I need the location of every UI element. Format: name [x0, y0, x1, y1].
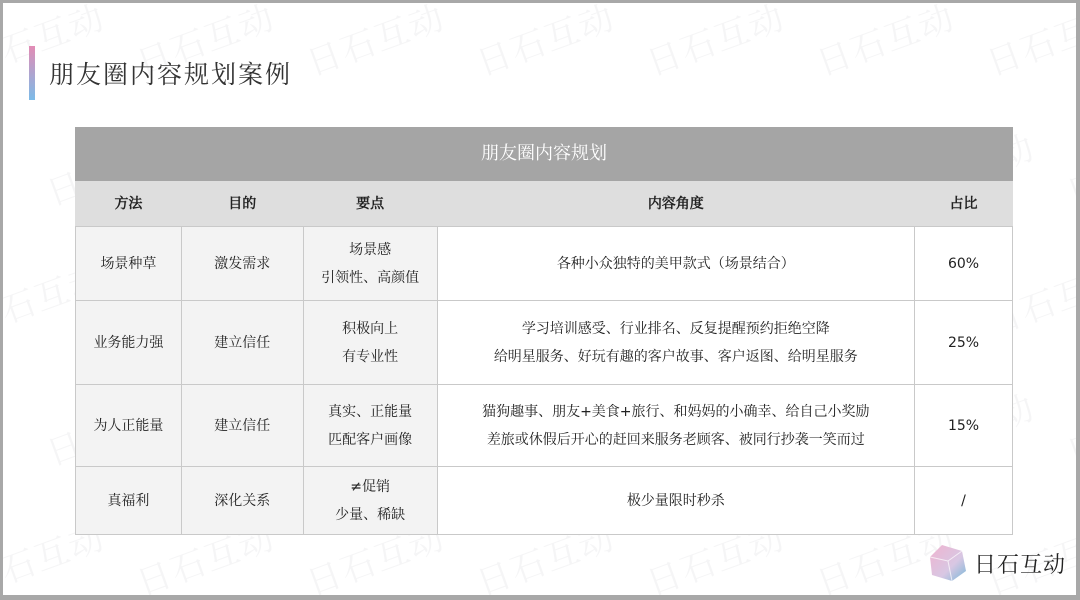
header-angles: 内容角度 — [437, 181, 914, 227]
watermark-text: 日石互动 — [1059, 120, 1076, 215]
header-ratio: 占比 — [915, 181, 1013, 227]
watermark-text: 日石互动 — [979, 3, 1076, 85]
angle-line: 各种小众独特的美甲款式（场景结合） — [439, 250, 913, 278]
cell-angles: 猫狗趣事、朋友+美食+旅行、和妈妈的小确幸、给自己小奖励差旅或休假后开心的赶回来… — [437, 385, 914, 467]
cell-ratio: 60% — [915, 227, 1013, 301]
cell-method: 场景种草 — [76, 227, 182, 301]
content-plan-table: 朋友圈内容规划 方法 目的 要点 内容角度 占比 场景种草 激发需求 场景感引领… — [75, 127, 1013, 535]
cube-logo-icon — [928, 543, 968, 583]
angle-line: 差旅或休假后开心的赶回来服务老顾客、被同行抄袭一笑而过 — [439, 426, 913, 454]
brand-logo: 日石互动 — [928, 543, 1066, 583]
cell-points: 场景感引领性、高颜值 — [303, 227, 437, 301]
point-line: 真实、正能量 — [305, 398, 436, 426]
brand-name: 日石互动 — [974, 548, 1066, 579]
cell-method: 为人正能量 — [76, 385, 182, 467]
table-row: 场景种草 激发需求 场景感引领性、高颜值 各种小众独特的美甲款式（场景结合） 6… — [76, 227, 1013, 301]
watermark-text: 日石互动 — [469, 3, 621, 85]
cell-purpose: 激发需求 — [181, 227, 303, 301]
watermark-text: 日石互动 — [1059, 380, 1076, 475]
watermark-text: 日石互动 — [639, 3, 791, 85]
point-line: ≠促销 — [305, 473, 436, 501]
point-line: 积极向上 — [305, 315, 436, 343]
header-purpose: 目的 — [181, 181, 303, 227]
table-row: 为人正能量 建立信任 真实、正能量匹配客户画像 猫狗趣事、朋友+美食+旅行、和妈… — [76, 385, 1013, 467]
angle-line: 学习培训感受、行业排名、反复提醒预约拒绝空降 — [439, 315, 913, 343]
table-caption: 朋友圈内容规划 — [76, 128, 1013, 181]
point-line: 匹配客户画像 — [305, 426, 436, 454]
cell-method: 真福利 — [76, 467, 182, 535]
watermark-text: 日石互动 — [299, 3, 451, 85]
header-points: 要点 — [303, 181, 437, 227]
page-title: 朋友圈内容规划案例 — [49, 55, 292, 91]
cell-purpose: 建立信任 — [181, 301, 303, 385]
cell-points: ≠促销少量、稀缺 — [303, 467, 437, 535]
point-line: 少量、稀缺 — [305, 501, 436, 529]
header-method: 方法 — [76, 181, 182, 227]
cell-ratio: / — [915, 467, 1013, 535]
cell-points: 积极向上有专业性 — [303, 301, 437, 385]
table-row: 业务能力强 建立信任 积极向上有专业性 学习培训感受、行业排名、反复提醒预约拒绝… — [76, 301, 1013, 385]
cell-angles: 各种小众独特的美甲款式（场景结合） — [437, 227, 914, 301]
angle-line: 给明星服务、好玩有趣的客户故事、客户返图、给明星服务 — [439, 343, 913, 371]
point-line: 引领性、高颜值 — [305, 264, 436, 292]
page-title-block: 朋友圈内容规划案例 — [29, 45, 292, 101]
angle-line: 猫狗趣事、朋友+美食+旅行、和妈妈的小确幸、给自己小奖励 — [439, 398, 913, 426]
watermark-text: 日石互动 — [809, 3, 961, 85]
point-line: 有专业性 — [305, 343, 436, 371]
cell-purpose: 深化关系 — [181, 467, 303, 535]
cell-angles: 学习培训感受、行业排名、反复提醒预约拒绝空降给明星服务、好玩有趣的客户故事、客户… — [437, 301, 914, 385]
slide: 日石互动日石互动日石互动日石互动日石互动日石互动日石互动日石互动日石互动日石互动… — [3, 3, 1076, 595]
cell-points: 真实、正能量匹配客户画像 — [303, 385, 437, 467]
cell-ratio: 15% — [915, 385, 1013, 467]
cell-purpose: 建立信任 — [181, 385, 303, 467]
table-row: 真福利 深化关系 ≠促销少量、稀缺 极少量限时秒杀 / — [76, 467, 1013, 535]
angle-line: 极少量限时秒杀 — [439, 487, 913, 515]
cell-angles: 极少量限时秒杀 — [437, 467, 914, 535]
point-line: 场景感 — [305, 236, 436, 264]
title-accent-bar — [29, 46, 35, 100]
cell-ratio: 25% — [915, 301, 1013, 385]
cell-method: 业务能力强 — [76, 301, 182, 385]
